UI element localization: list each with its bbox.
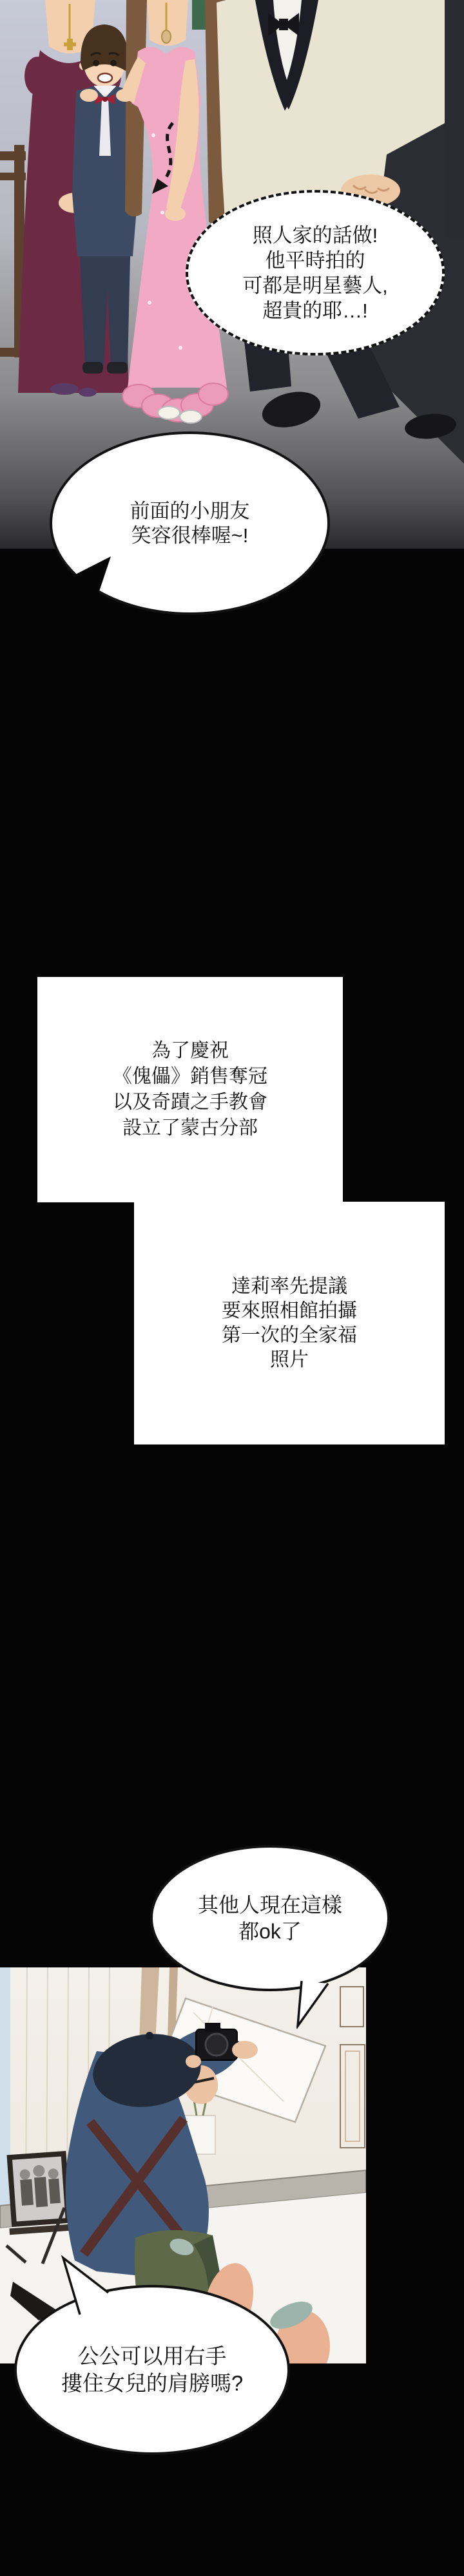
bubble-line: 超貴的耶…!: [262, 298, 368, 323]
caption-line: 要來照相館拍攝: [222, 1299, 357, 1323]
bubble-line: 可都是明星藝人,: [242, 273, 388, 298]
bubble-line: 笑容很棒喔~!: [131, 524, 249, 548]
speech-bubble-photographer-cost: 照人家的話做! 他平時拍的 可都是明星藝人, 超貴的耶…!: [186, 190, 445, 355]
caption-line: 照片: [270, 1348, 309, 1372]
comic-page: 照人家的話做! 他平時拍的 可都是明星藝人, 超貴的耶…! 前面的小朋友 笑容很…: [0, 0, 464, 2576]
caption-line: 設立了蒙古分部: [122, 1115, 258, 1141]
bubble-2-tail: [39, 551, 116, 605]
bubble-line: 摟住女兒的肩膀嗎?: [61, 2370, 243, 2397]
bubble-line: 都ok了: [238, 1918, 302, 1945]
caption-line: 《傀儡》銷售奪冠: [113, 1064, 267, 1090]
caption-line: 達莉率先提議: [231, 1274, 347, 1299]
caption-line: 以及奇蹟之手教會: [113, 1090, 267, 1115]
bubble-line: 照人家的話做!: [253, 223, 378, 248]
speech-bubble-pose-request: 公公可以用右手 摟住女兒的肩膀嗎?: [14, 2285, 290, 2455]
bubble-line: 其他人現在這樣: [198, 1892, 342, 1918]
bubble-4-tail: [57, 2253, 115, 2318]
bubble-line: 公公可以用右手: [78, 2343, 227, 2370]
framed-bw-photo: [4, 2151, 71, 2235]
dashed-arrow-icon: [148, 119, 193, 200]
speech-bubble-others-ok: 其他人現在這樣 都ok了: [150, 1845, 390, 1991]
bubble-line: 前面的小朋友: [130, 499, 250, 524]
bubble-3-tail: [289, 1977, 334, 2029]
caption-line: 第一次的全家福: [222, 1323, 357, 1348]
caption-line: 為了慶祝: [151, 1038, 229, 1064]
bubble-line: 他平時拍的: [266, 248, 365, 273]
narration-box-family-portrait: 達莉率先提議 要來照相館拍攝 第一次的全家福 照片: [134, 1202, 445, 1444]
narration-box-celebration: 為了慶祝 《傀儡》銷售奪冠 以及奇蹟之手教會 設立了蒙古分部: [37, 977, 343, 1202]
